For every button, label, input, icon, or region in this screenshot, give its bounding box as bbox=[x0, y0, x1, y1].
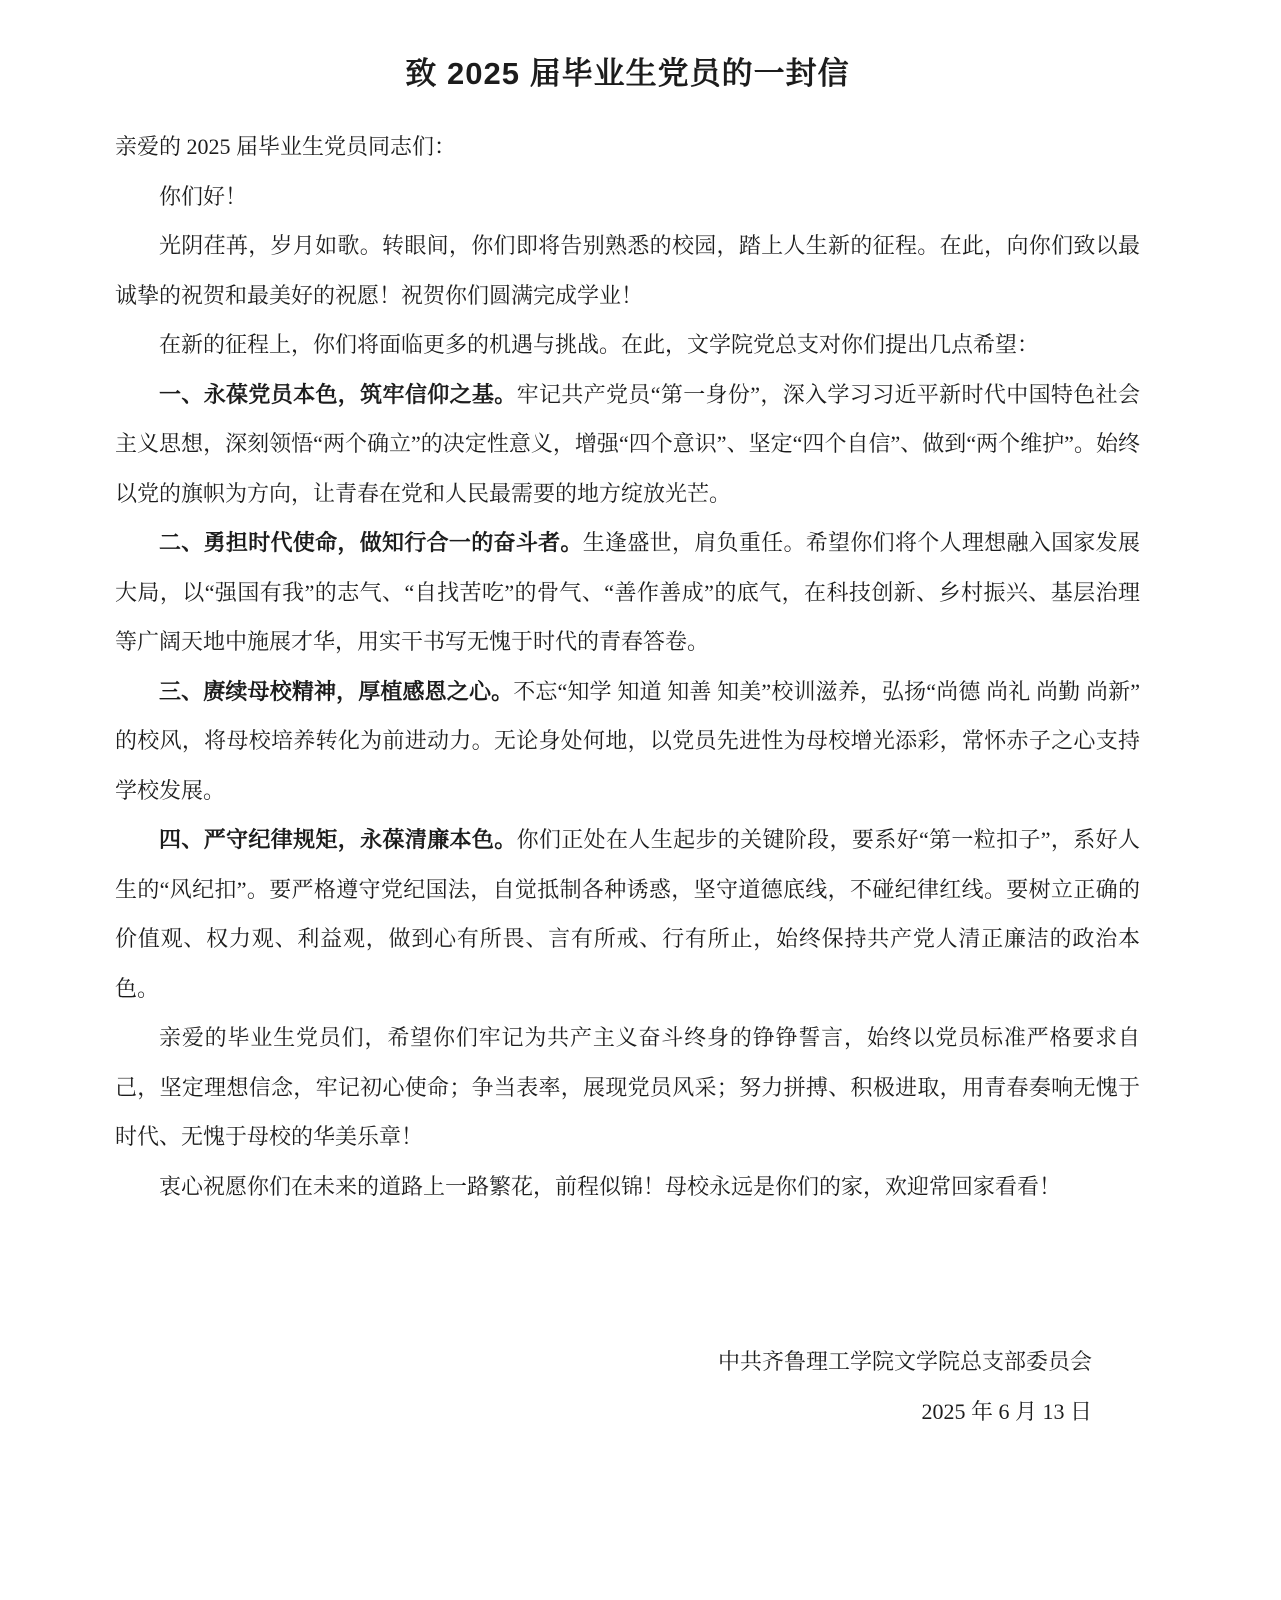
paragraph-exhortation: 亲爱的毕业生党员们，希望你们牢记为共产主义奋斗终身的铮铮誓言，始终以党员标准严格… bbox=[115, 1013, 1140, 1162]
paragraph-opening: 光阴荏苒，岁月如歌。转眼间，你们即将告别熟悉的校园，踏上人生新的征程。在此，向你… bbox=[115, 221, 1140, 320]
paragraph-section-3: 三、赓续母校精神，厚植感恩之心。不忘“知学 知道 知善 知美”校训滋养，弘扬“尚… bbox=[115, 667, 1140, 816]
paragraph-section-1: 一、永葆党员本色，筑牢信仰之基。牢记共产党员“第一身份”，深入学习习近平新时代中… bbox=[115, 370, 1140, 519]
section-3-heading: 三、赓续母校精神，厚植感恩之心。 bbox=[159, 679, 513, 704]
paragraph-text: 衷心祝愿你们在未来的道路上一路繁花，前程似锦！母校永远是你们的家，欢迎常回家看看… bbox=[159, 1174, 1061, 1199]
letter-title: 致 2025 届毕业生党员的一封信 bbox=[115, 50, 1140, 98]
paragraph-section-4: 四、严守纪律规矩，永葆清廉本色。你们正处在人生起步的关键阶段，要系好“第一粒扣子… bbox=[115, 815, 1140, 1013]
paragraph-closing-wish: 衷心祝愿你们在未来的道路上一路繁花，前程似锦！母校永远是你们的家，欢迎常回家看看… bbox=[115, 1162, 1140, 1212]
section-1-heading: 一、永葆党员本色，筑牢信仰之基。 bbox=[159, 382, 517, 407]
section-2-heading: 二、勇担时代使命，做知行合一的奋斗者。 bbox=[159, 530, 583, 555]
paragraph-text: 亲爱的毕业生党员们，希望你们牢记为共产主义奋斗终身的铮铮誓言，始终以党员标准严格… bbox=[115, 1025, 1140, 1149]
letter-page: 致 2025 届毕业生党员的一封信 亲爱的 2025 届毕业生党员同志们： 你们… bbox=[0, 0, 1281, 1600]
section-4-heading: 四、严守纪律规矩，永葆清廉本色。 bbox=[159, 827, 517, 852]
signature-date: 2025 年 6 月 13 日 bbox=[115, 1387, 1092, 1437]
paragraph-intro-hopes: 在新的征程上，你们将面临更多的机遇与挑战。在此，文学院党总支对你们提出几点希望： bbox=[115, 320, 1140, 370]
paragraph-text: 你们正处在人生起步的关键阶段，要系好“第一粒扣子”，系好人生的“风纪扣”。要严格… bbox=[115, 827, 1140, 1001]
signature-block: 中共齐鲁理工学院文学院总支部委员会 2025 年 6 月 13 日 bbox=[115, 1337, 1140, 1437]
paragraph-section-2: 二、勇担时代使命，做知行合一的奋斗者。生逢盛世，肩负重任。希望你们将个人理想融入… bbox=[115, 518, 1140, 667]
signature-organization: 中共齐鲁理工学院文学院总支部委员会 bbox=[115, 1337, 1092, 1387]
paragraph-text: 光阴荏苒，岁月如歌。转眼间，你们即将告别熟悉的校园，踏上人生新的征程。在此，向你… bbox=[115, 233, 1140, 308]
paragraph-text: 你们好！ bbox=[159, 184, 247, 209]
paragraph-greeting: 你们好！ bbox=[115, 172, 1140, 222]
paragraph-text: 在新的征程上，你们将面临更多的机遇与挑战。在此，文学院党总支对你们提出几点希望： bbox=[159, 332, 1039, 357]
salutation: 亲爱的 2025 届毕业生党员同志们： bbox=[115, 122, 1140, 172]
